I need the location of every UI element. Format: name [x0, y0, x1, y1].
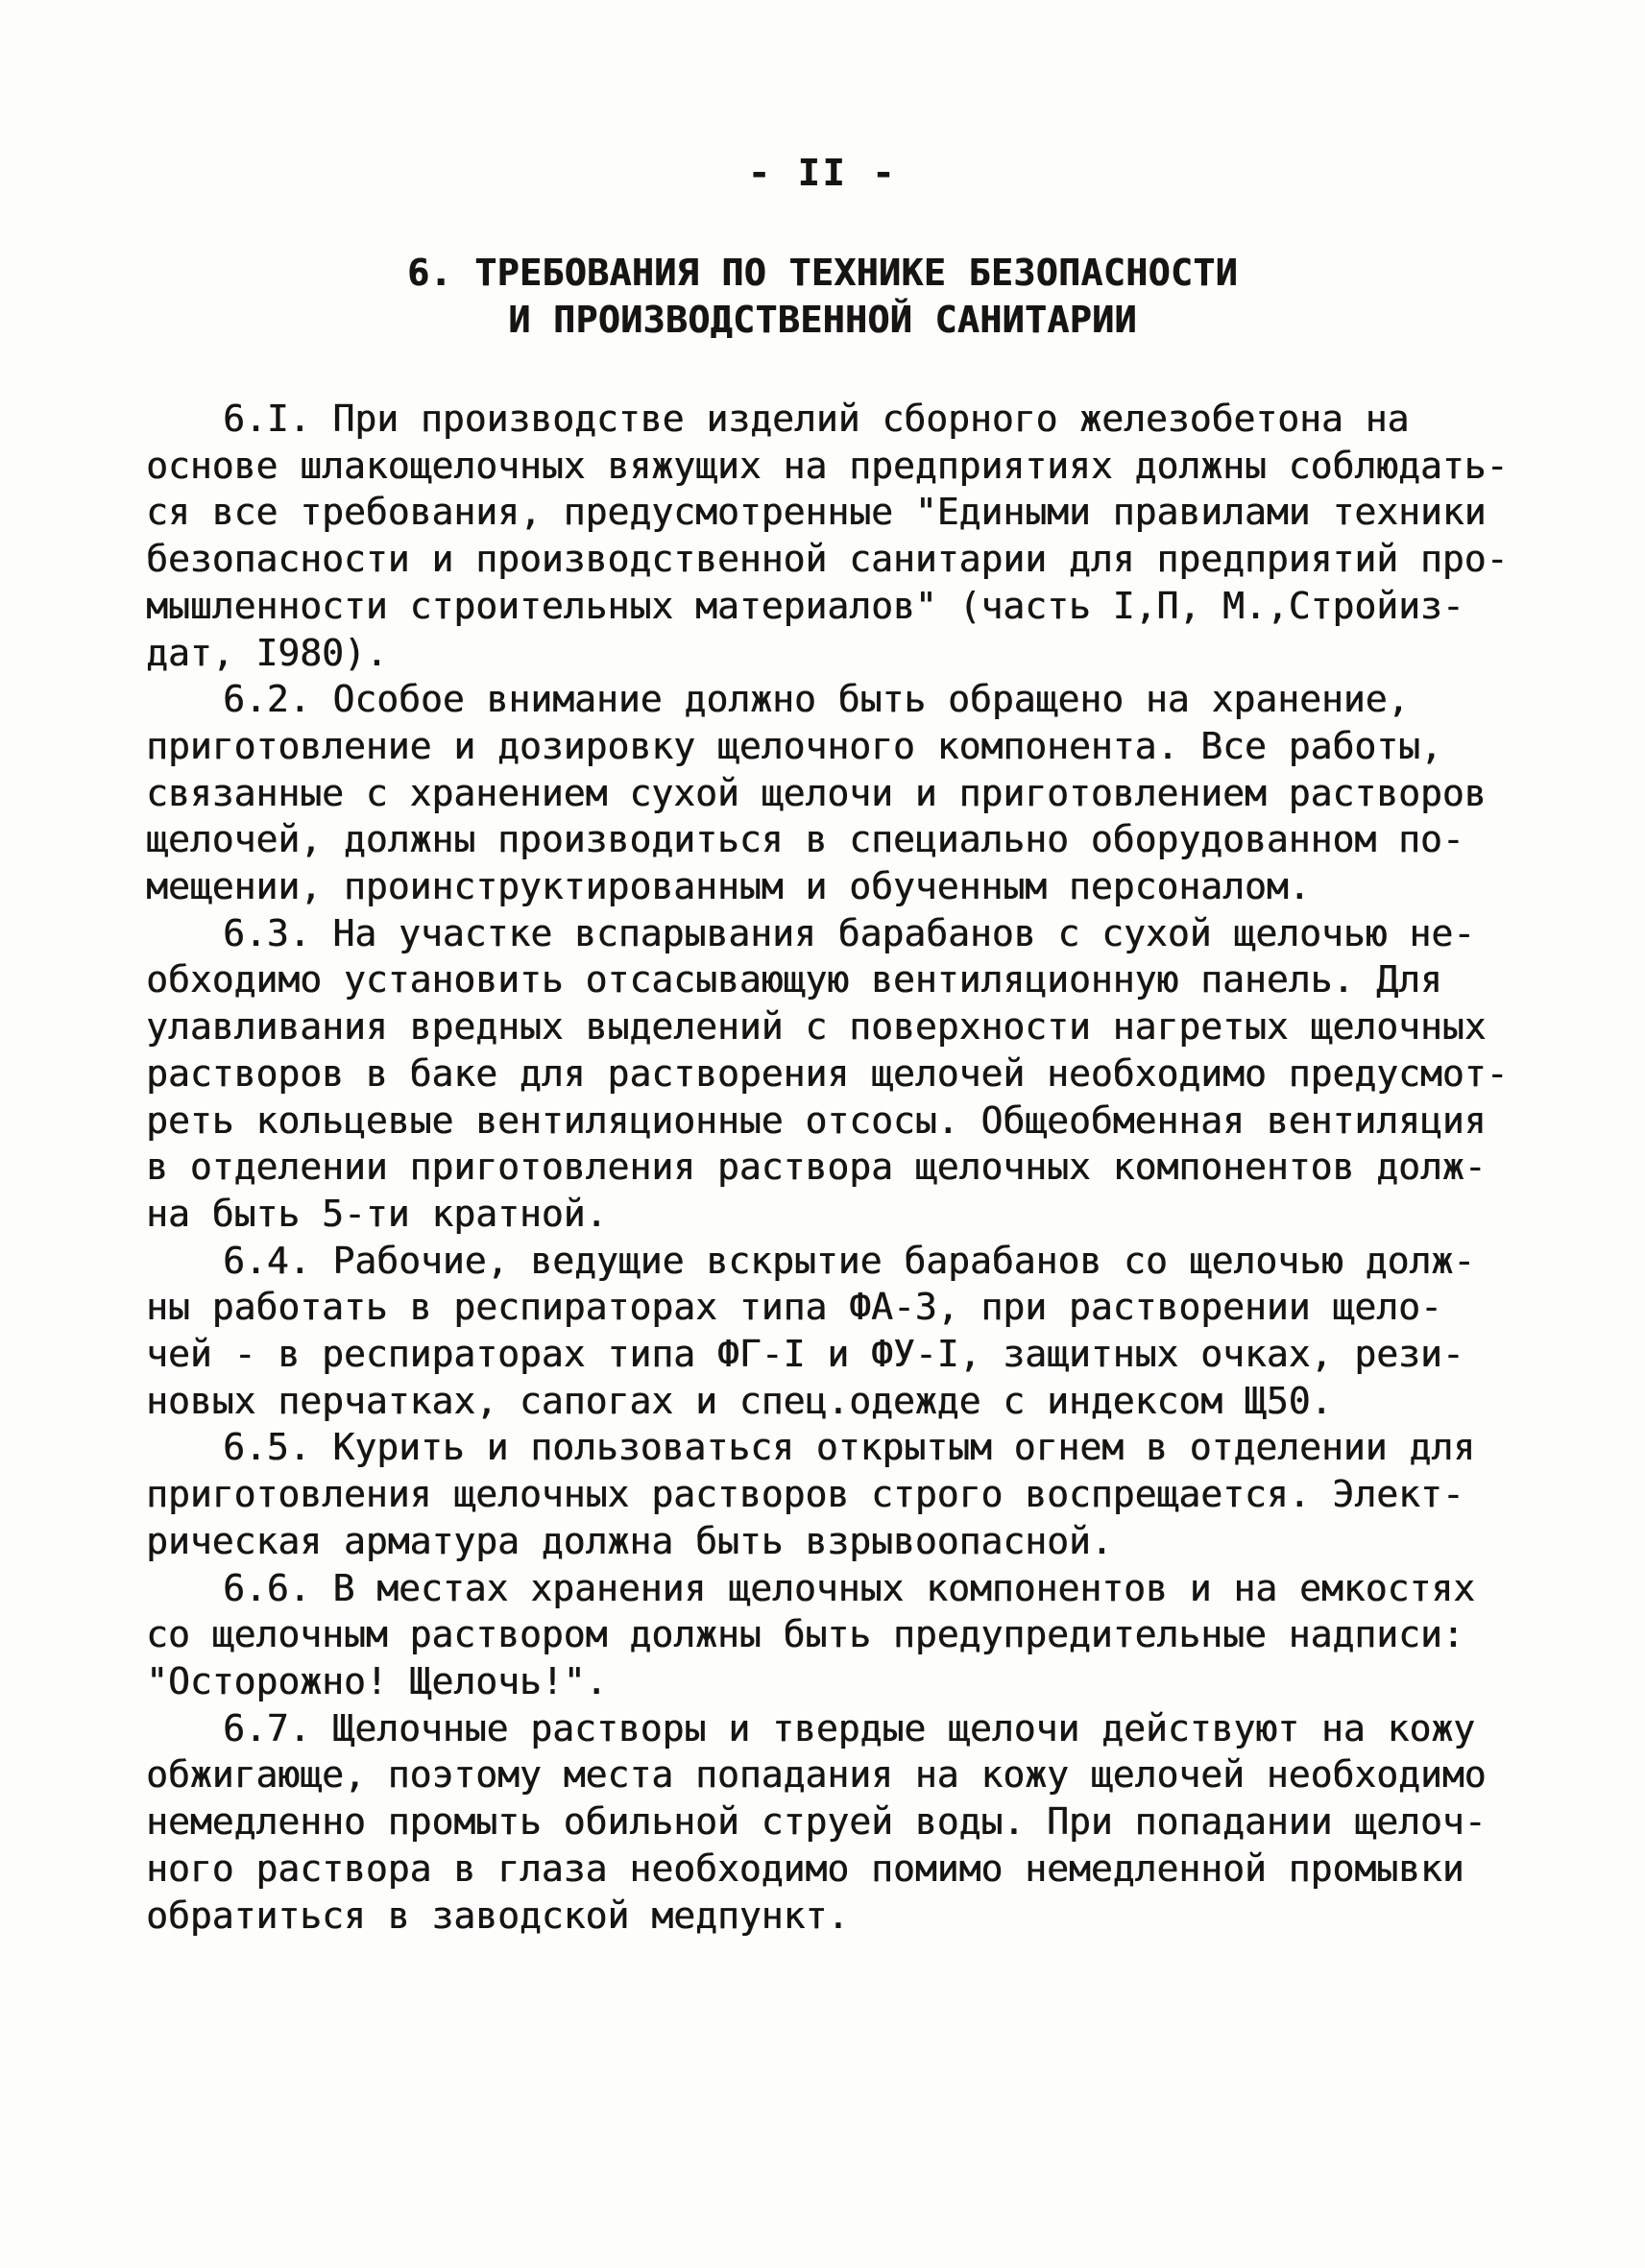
document-body: 6.I. При производстве изделий сборного ж…: [146, 396, 1536, 1939]
paragraph-6-7: 6.7. Щелочные растворы и твердые щелочи …: [146, 1705, 1536, 1940]
document-page: - II - 6. ТРЕБОВАНИЯ ПО ТЕХНИКЕ БЕЗОПАСН…: [0, 0, 1645, 2268]
section-heading-line2: И ПРОИЗВОДСТВЕННОЙ САНИТАРИИ: [0, 297, 1645, 344]
paragraph-6-5: 6.5. Курить и пользоваться открытым огне…: [146, 1424, 1536, 1564]
paragraph-6-4: 6.4. Рабочие, ведущие вскрытие барабанов…: [146, 1238, 1536, 1425]
section-heading-line1: 6. ТРЕБОВАНИЯ ПО ТЕХНИКЕ БЕЗОПАСНОСТИ: [0, 250, 1645, 297]
paragraph-6-1: 6.I. При производстве изделий сборного ж…: [146, 396, 1536, 676]
page-number: - II -: [0, 152, 1645, 194]
paragraph-6-3: 6.3. На участке вспарывания барабанов с …: [146, 910, 1536, 1238]
paragraph-6-6: 6.6. В местах хранения щелочных компонен…: [146, 1565, 1536, 1705]
section-heading: 6. ТРЕБОВАНИЯ ПО ТЕХНИКЕ БЕЗОПАСНОСТИ И …: [0, 250, 1645, 344]
paragraph-6-2: 6.2. Особое внимание должно быть обращен…: [146, 676, 1536, 910]
